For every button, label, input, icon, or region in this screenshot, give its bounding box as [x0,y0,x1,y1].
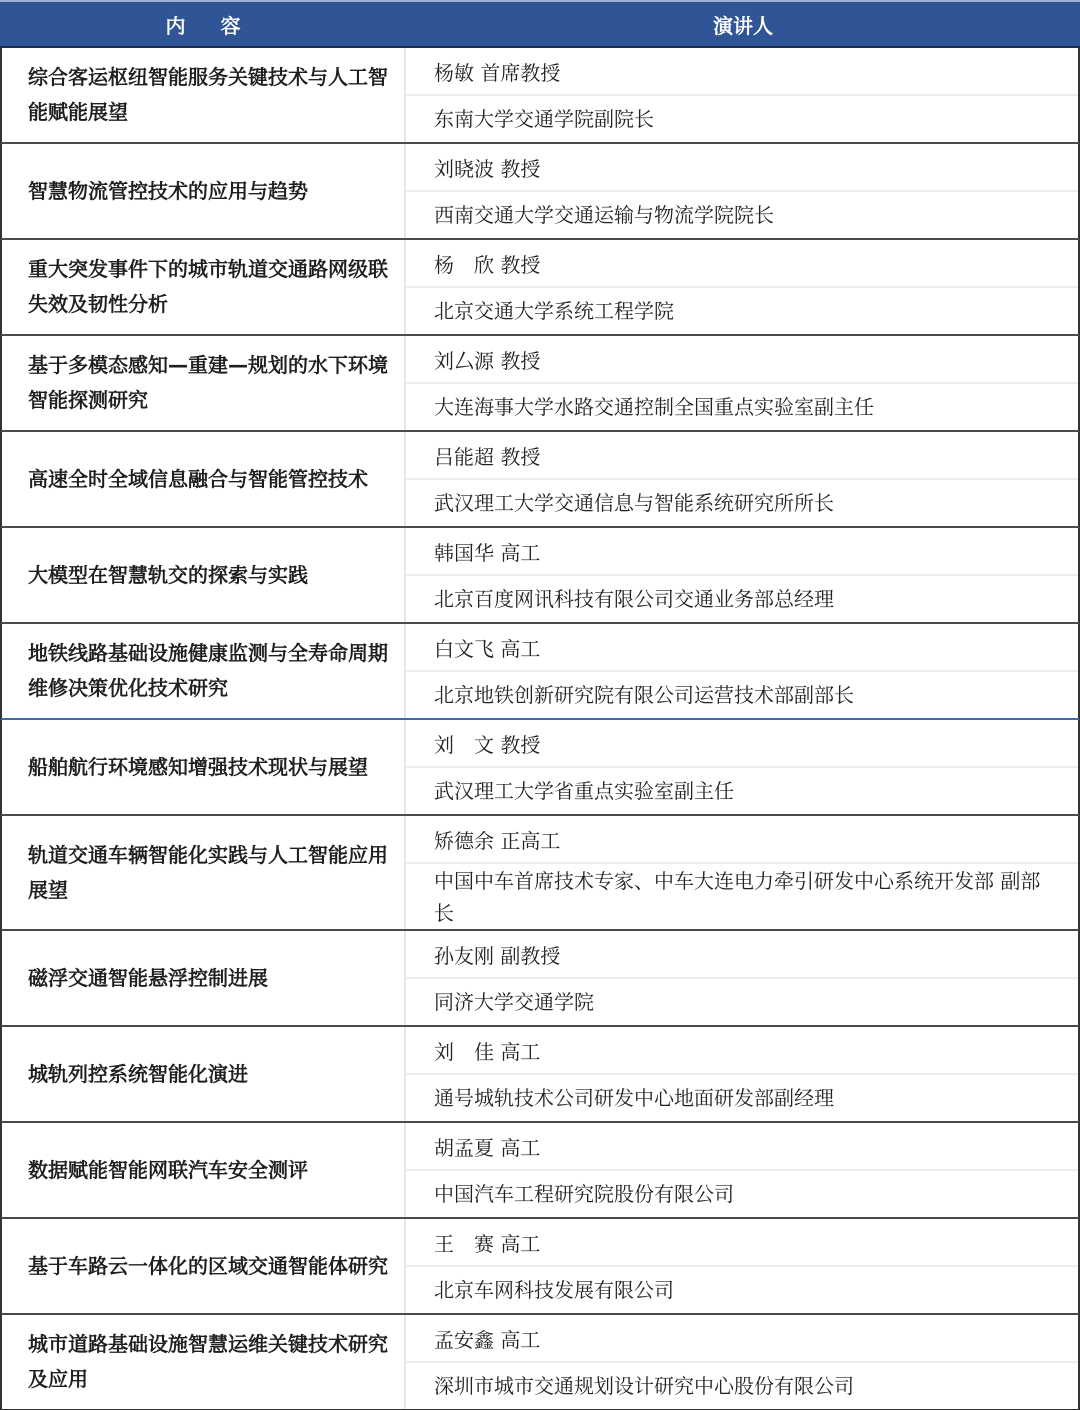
speaker-org: 北京交通大学系统工程学院 [406,288,1078,334]
speaker-cell: 刘厶源 教授 大连海事大学水路交通控制全国重点实验室副主任 [406,336,1078,430]
speaker-name: 胡孟夏 高工 [406,1123,1078,1171]
speaker-cell: 刘 文 教授 武汉理工大学省重点实验室副主任 [406,720,1078,814]
speaker-org: 武汉理工大学交通信息与智能系统研究所所长 [406,480,1078,526]
topic-cell: 基于多模态感知—重建—规划的水下环境智能探测研究 [2,336,406,430]
speaker-org: 北京地铁创新研究院有限公司运营技术部副部长 [406,672,1078,718]
table-row: 城市道路基础设施智慧运维关键技术研究及应用 孟安鑫 高工 深圳市城市交通规划设计… [0,1315,1080,1410]
speaker-org: 中国汽车工程研究院股份有限公司 [406,1171,1078,1217]
table-row: 数据赋能智能网联汽车安全测评 胡孟夏 高工 中国汽车工程研究院股份有限公司 [0,1123,1080,1219]
header-speaker: 演讲人 [406,2,1080,46]
speaker-name: 王 赛 高工 [406,1219,1078,1267]
speaker-org: 深圳市城市交通规划设计研究中心股份有限公司 [406,1363,1078,1409]
speaker-name: 孟安鑫 高工 [406,1315,1078,1363]
speaker-cell: 孟安鑫 高工 深圳市城市交通规划设计研究中心股份有限公司 [406,1315,1078,1409]
topic-cell: 磁浮交通智能悬浮控制进展 [2,931,406,1025]
topic-cell: 数据赋能智能网联汽车安全测评 [2,1123,406,1217]
speaker-cell: 刘 佳 高工 通号城轨技术公司研发中心地面研发部副经理 [406,1027,1078,1121]
speaker-org: 北京百度网讯科技有限公司交通业务部总经理 [406,576,1078,622]
table-header: 内 容 演讲人 [0,0,1080,48]
table-row: 基于多模态感知—重建—规划的水下环境智能探测研究 刘厶源 教授 大连海事大学水路… [0,336,1080,432]
speaker-cell: 韩国华 高工 北京百度网讯科技有限公司交通业务部总经理 [406,528,1078,622]
table-row: 高速全时全域信息融合与智能管控技术 吕能超 教授 武汉理工大学交通信息与智能系统… [0,432,1080,528]
topic-cell: 船舶航行环境感知增强技术现状与展望 [2,720,406,814]
table-row: 船舶航行环境感知增强技术现状与展望 刘 文 教授 武汉理工大学省重点实验室副主任 [0,720,1080,816]
topic-cell: 轨道交通车辆智能化实践与人工智能应用展望 [2,816,406,929]
speaker-org: 大连海事大学水路交通控制全国重点实验室副主任 [406,384,1078,430]
table-row: 大模型在智慧轨交的探索与实践 韩国华 高工 北京百度网讯科技有限公司交通业务部总… [0,528,1080,624]
table-row: 智慧物流管控技术的应用与趋势 刘晓波 教授 西南交通大学交通运输与物流学院院长 [0,144,1080,240]
speaker-name: 韩国华 高工 [406,528,1078,576]
speaker-cell: 刘晓波 教授 西南交通大学交通运输与物流学院院长 [406,144,1078,238]
topic-cell: 基于车路云一体化的区域交通智能体研究 [2,1219,406,1313]
table-row: 轨道交通车辆智能化实践与人工智能应用展望 矫德余 正高工 中国中车首席技术专家、… [0,816,1080,931]
speaker-cell: 杨 欣 教授 北京交通大学系统工程学院 [406,240,1078,334]
table-row: 基于车路云一体化的区域交通智能体研究 王 赛 高工 北京车网科技发展有限公司 [0,1219,1080,1315]
speaker-name: 刘 文 教授 [406,720,1078,768]
topic-cell: 大模型在智慧轨交的探索与实践 [2,528,406,622]
speaker-cell: 吕能超 教授 武汉理工大学交通信息与智能系统研究所所长 [406,432,1078,526]
speaker-cell: 白文飞 高工 北京地铁创新研究院有限公司运营技术部副部长 [406,624,1078,718]
topic-cell: 高速全时全域信息融合与智能管控技术 [2,432,406,526]
speaker-name: 吕能超 教授 [406,432,1078,480]
speaker-org: 通号城轨技术公司研发中心地面研发部副经理 [406,1075,1078,1121]
speaker-org: 中国中车首席技术专家、中车大连电力牵引研发中心系统开发部 副部长 [406,864,1078,929]
speaker-org: 东南大学交通学院副院长 [406,96,1078,142]
topic-cell: 城轨列控系统智能化演进 [2,1027,406,1121]
table-row: 城轨列控系统智能化演进 刘 佳 高工 通号城轨技术公司研发中心地面研发部副经理 [0,1027,1080,1123]
speaker-name: 孙友刚 副教授 [406,931,1078,979]
table-row: 重大突发事件下的城市轨道交通路网级联失效及韧性分析 杨 欣 教授 北京交通大学系… [0,240,1080,336]
speaker-schedule-table: 内 容 演讲人 综合客运枢纽智能服务关键技术与人工智能赋能展望 杨敏 首席教授 … [0,0,1080,1410]
topic-cell: 智慧物流管控技术的应用与趋势 [2,144,406,238]
speaker-name: 杨 欣 教授 [406,240,1078,288]
speaker-name: 刘晓波 教授 [406,144,1078,192]
speaker-name: 矫德余 正高工 [406,816,1078,864]
table-row: 地铁线路基础设施健康监测与全寿命周期维修决策优化技术研究 白文飞 高工 北京地铁… [0,624,1080,720]
speaker-name: 杨敏 首席教授 [406,48,1078,96]
speaker-name: 白文飞 高工 [406,624,1078,672]
topic-cell: 综合客运枢纽智能服务关键技术与人工智能赋能展望 [2,48,406,142]
speaker-cell: 矫德余 正高工 中国中车首席技术专家、中车大连电力牵引研发中心系统开发部 副部长 [406,816,1078,929]
speaker-name: 刘厶源 教授 [406,336,1078,384]
speaker-cell: 王 赛 高工 北京车网科技发展有限公司 [406,1219,1078,1313]
speaker-org: 西南交通大学交通运输与物流学院院长 [406,192,1078,238]
header-content: 内 容 [0,2,406,46]
table-row: 磁浮交通智能悬浮控制进展 孙友刚 副教授 同济大学交通学院 [0,931,1080,1027]
topic-cell: 城市道路基础设施智慧运维关键技术研究及应用 [2,1315,406,1409]
speaker-org: 武汉理工大学省重点实验室副主任 [406,768,1078,814]
speaker-org: 同济大学交通学院 [406,979,1078,1025]
speaker-org: 北京车网科技发展有限公司 [406,1267,1078,1313]
speaker-cell: 杨敏 首席教授 东南大学交通学院副院长 [406,48,1078,142]
speaker-name: 刘 佳 高工 [406,1027,1078,1075]
topic-cell: 重大突发事件下的城市轨道交通路网级联失效及韧性分析 [2,240,406,334]
speaker-cell: 胡孟夏 高工 中国汽车工程研究院股份有限公司 [406,1123,1078,1217]
speaker-cell: 孙友刚 副教授 同济大学交通学院 [406,931,1078,1025]
topic-cell: 地铁线路基础设施健康监测与全寿命周期维修决策优化技术研究 [2,624,406,718]
table-row: 综合客运枢纽智能服务关键技术与人工智能赋能展望 杨敏 首席教授 东南大学交通学院… [0,48,1080,144]
